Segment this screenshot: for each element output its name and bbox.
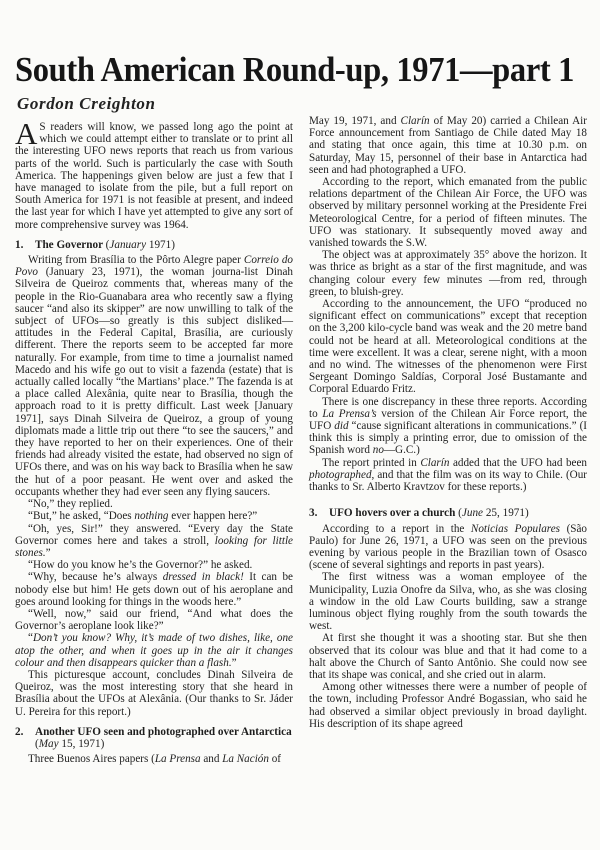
right-column: May 19, 1971, and Clarín of May 20) carr…: [309, 115, 587, 730]
paragraph: According to a report in the Noticias Po…: [309, 523, 587, 572]
paragraph: “No,” they replied.: [15, 498, 293, 510]
section-date: (January 1971): [106, 239, 175, 251]
article-author: Gordon Creighton: [17, 94, 156, 114]
paragraph: The object was at approximately 35° abov…: [309, 249, 587, 298]
paragraph: “Oh, yes, Sir!” they answered. “Every da…: [15, 523, 293, 560]
section-3-heading: 3.UFO hovers over a church (June 25, 197…: [309, 507, 587, 519]
paragraph: There is one discrepancy in these three …: [309, 396, 587, 457]
article-title: South American Round-up, 1971—part 1: [15, 50, 574, 90]
paragraph: “Well, now,” said our friend, “And what …: [15, 608, 293, 632]
drop-cap: A: [15, 122, 37, 146]
section-2-heading: 2.Another UFO seen and photographed over…: [15, 726, 293, 750]
intro-paragraph: AS readers will know, we passed long ago…: [15, 121, 293, 231]
paragraph: At first she thought it was a shooting s…: [309, 632, 587, 681]
paragraph: The first witness was a woman employee o…: [309, 571, 587, 632]
paragraph: “Don’t you know? Why, it’s made of two d…: [15, 632, 293, 669]
paragraph: According to the announcement, the UFO “…: [309, 298, 587, 396]
paragraph: Three Buenos Aires papers (La Prensa and…: [15, 753, 293, 765]
paragraph: “But,” he asked, “Does nothing ever happ…: [15, 510, 293, 522]
paragraph: Writing from Brasília to the Pôrto Alegr…: [15, 254, 293, 498]
section-1-heading: 1.The Governor (January 1971): [15, 239, 293, 251]
paragraph: “How do you know he’s the Governor?” he …: [15, 559, 293, 571]
left-column: AS readers will know, we passed long ago…: [15, 121, 293, 765]
paragraph: The report printed in Clarín added that …: [309, 457, 587, 494]
paragraph: According to the report, which emanated …: [309, 176, 587, 249]
section-date: (June 25, 1971): [458, 507, 529, 519]
paragraph: “Why, because he’s always dressed in bla…: [15, 571, 293, 608]
paragraph: May 19, 1971, and Clarín of May 20) carr…: [309, 115, 587, 176]
paragraph: Among other witnesses there were a numbe…: [309, 681, 587, 730]
paragraph: This picturesque account, concludes Dina…: [15, 669, 293, 718]
section-date: (May 15, 1971): [15, 738, 293, 750]
